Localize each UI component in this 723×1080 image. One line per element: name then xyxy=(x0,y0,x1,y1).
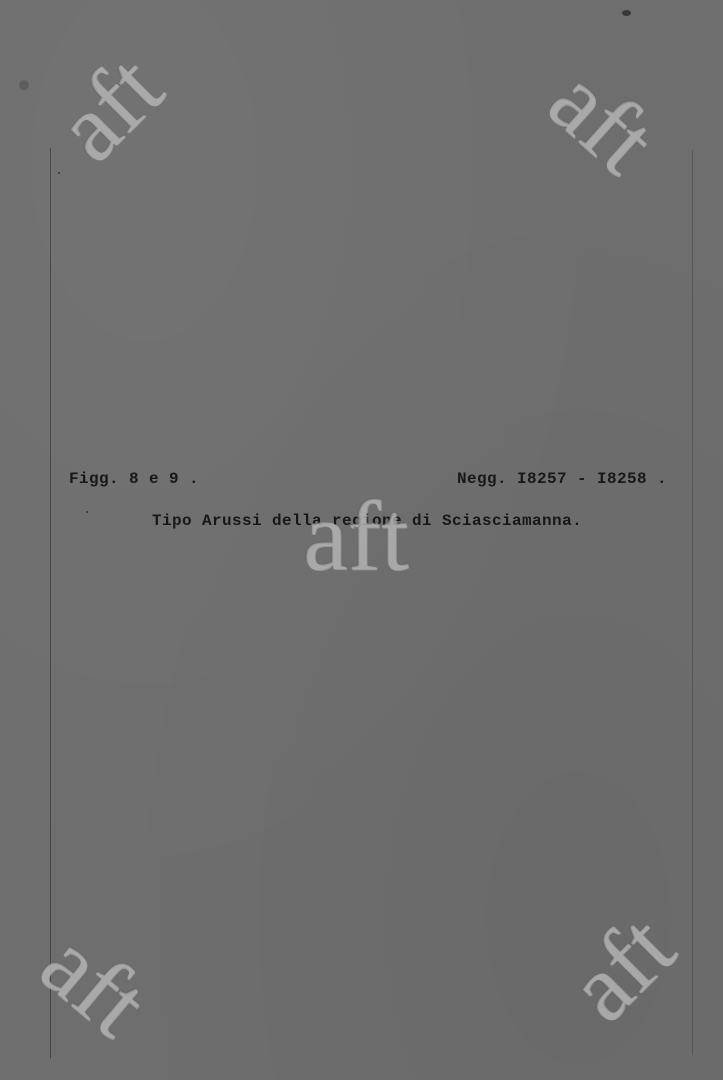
watermark-bottom-right: aft xyxy=(551,898,690,1037)
watermark-bottom-left: aft xyxy=(25,914,164,1053)
left-margin-line xyxy=(50,148,51,1058)
document-page: aft aft aft aft Figg. 8 e 9 . Negg. I825… xyxy=(0,0,723,1080)
watermark-top-left: aft xyxy=(39,38,178,177)
ink-speck xyxy=(622,10,631,16)
ink-speck xyxy=(19,80,29,90)
negative-number-label: Negg. I8257 - I8258 . xyxy=(457,470,667,488)
right-margin-line xyxy=(692,150,693,1055)
ink-speck xyxy=(58,172,60,174)
figure-label: Figg. 8 e 9 . xyxy=(69,470,199,488)
caption: Tipo Arussi della regione di Sciasciaman… xyxy=(152,512,582,530)
watermark-top-right: aft xyxy=(533,50,672,189)
watermark-center: aft xyxy=(303,486,408,586)
ink-speck xyxy=(86,511,88,513)
